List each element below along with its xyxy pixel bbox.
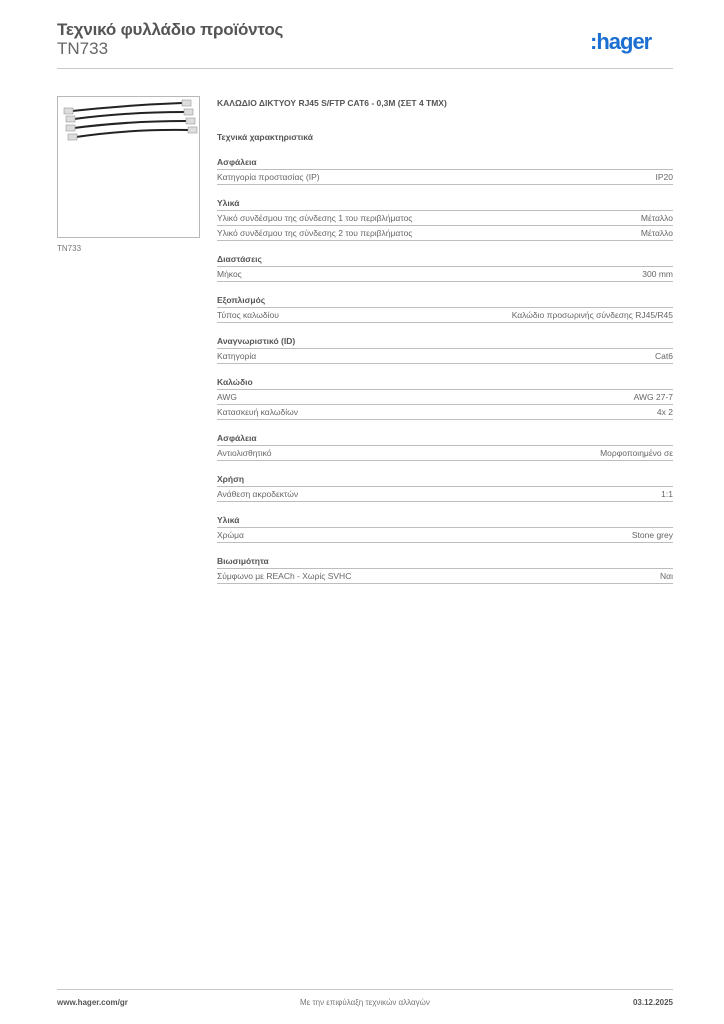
spec-group: ΧρήσηΑνάθεση ακροδεκτών1:1: [217, 473, 673, 502]
product-image: [57, 96, 200, 238]
footer-url[interactable]: www.hager.com/gr: [57, 998, 128, 1007]
spec-group-title: Εξοπλισμός: [217, 294, 673, 308]
spec-label: Κατηγορία προστασίας (IP): [217, 171, 320, 183]
hager-logo: :hager: [590, 29, 651, 55]
document-title: Τεχνικό φυλλάδιο προϊόντος: [57, 20, 283, 40]
spec-label: Κατηγορία: [217, 350, 256, 362]
spec-label: Κατασκευή καλωδίων: [217, 406, 298, 418]
spec-value: Καλώδιο προσωρινής σύνδεσης RJ45/R45: [512, 309, 673, 321]
spec-groups: ΑσφάλειαΚατηγορία προστασίας (IP)IP20Υλι…: [217, 156, 673, 584]
spec-group: ΑσφάλειαΑντιολισθητικόΜορφοποιημένο σε: [217, 432, 673, 461]
spec-group-title: Αναγνωριστικό (ID): [217, 335, 673, 349]
header-divider: [57, 68, 673, 69]
spec-row: ΚατηγορίαCat6: [217, 349, 673, 364]
spec-group-title: Καλώδιο: [217, 376, 673, 390]
footer-note: Με την επιφύλαξη τεχνικών αλλαγών: [300, 998, 430, 1007]
spec-group-title: Υλικά: [217, 197, 673, 211]
patch-cables-icon: [58, 97, 199, 237]
spec-group-title: Υλικά: [217, 514, 673, 528]
spec-row: Τύπος καλωδίουΚαλώδιο προσωρινής σύνδεση…: [217, 308, 673, 323]
footer-date: 03.12.2025: [633, 998, 673, 1007]
spec-content: ΚΑΛΩΔΙΟ ΔΙΚΤΥΟΥ RJ45 S/FTP CAT6 - 0,3M (…: [217, 96, 673, 596]
product-name: ΚΑΛΩΔΙΟ ΔΙΚΤΥΟΥ RJ45 S/FTP CAT6 - 0,3M (…: [217, 96, 673, 110]
spec-label: AWG: [217, 391, 237, 403]
spec-value: 1:1: [661, 488, 673, 500]
spec-label: Αντιολισθητικό: [217, 447, 272, 459]
spec-label: Ανάθεση ακροδεκτών: [217, 488, 298, 500]
spec-group: ΕξοπλισμόςΤύπος καλωδίουΚαλώδιο προσωριν…: [217, 294, 673, 323]
spec-row: Κατηγορία προστασίας (IP)IP20: [217, 170, 673, 185]
spec-label: Μήκος: [217, 268, 242, 280]
spec-row: Σύμφωνο με REACh - Χωρίς SVHCΝαι: [217, 569, 673, 584]
spec-row: Κατασκευή καλωδίων4x 2: [217, 405, 673, 420]
spec-value: Stone grey: [632, 529, 673, 541]
footer-divider: [57, 989, 673, 990]
spec-value: Cat6: [655, 350, 673, 362]
spec-row: ΑντιολισθητικόΜορφοποιημένο σε: [217, 446, 673, 461]
spec-group-title: Χρήση: [217, 473, 673, 487]
spec-label: Υλικό συνδέσμου της σύνδεσης 2 του περιβ…: [217, 227, 412, 239]
spec-row: Μήκος300 mm: [217, 267, 673, 282]
spec-row: Υλικό συνδέσμου της σύνδεσης 2 του περιβ…: [217, 226, 673, 241]
spec-value: 4x 2: [657, 406, 673, 418]
spec-value: 300 mm: [642, 268, 673, 280]
spec-value: AWG 27-7: [634, 391, 673, 403]
image-caption: TN733: [57, 244, 81, 253]
spec-value: Μέταλλο: [641, 227, 673, 239]
product-code: TN733: [57, 39, 108, 59]
spec-group: ΑσφάλειαΚατηγορία προστασίας (IP)IP20: [217, 156, 673, 185]
spec-group: ΥλικάΥλικό συνδέσμου της σύνδεσης 1 του …: [217, 197, 673, 241]
spec-label: Σύμφωνο με REACh - Χωρίς SVHC: [217, 570, 351, 582]
spec-group-title: Ασφάλεια: [217, 156, 673, 170]
spec-label: Χρώμα: [217, 529, 244, 541]
spec-group: Αναγνωριστικό (ID)ΚατηγορίαCat6: [217, 335, 673, 364]
spec-label: Υλικό συνδέσμου της σύνδεσης 1 του περιβ…: [217, 212, 412, 224]
spec-group: ΥλικάΧρώμαStone grey: [217, 514, 673, 543]
spec-group-title: Διαστάσεις: [217, 253, 673, 267]
spec-group: ΚαλώδιοAWGAWG 27-7Κατασκευή καλωδίων4x 2: [217, 376, 673, 420]
section-title: Τεχνικά χαρακτηριστικά: [217, 130, 673, 144]
spec-value: Μορφοποιημένο σε: [600, 447, 673, 459]
spec-value: Ναι: [660, 570, 673, 582]
spec-row: Ανάθεση ακροδεκτών1:1: [217, 487, 673, 502]
spec-row: AWGAWG 27-7: [217, 390, 673, 405]
spec-row: Υλικό συνδέσμου της σύνδεσης 1 του περιβ…: [217, 211, 673, 226]
spec-value: IP20: [656, 171, 674, 183]
spec-group-title: Ασφάλεια: [217, 432, 673, 446]
spec-value: Μέταλλο: [641, 212, 673, 224]
spec-group: ΒιωσιμότηταΣύμφωνο με REACh - Χωρίς SVHC…: [217, 555, 673, 584]
spec-group: ΔιαστάσειςΜήκος300 mm: [217, 253, 673, 282]
spec-label: Τύπος καλωδίου: [217, 309, 279, 321]
spec-group-title: Βιωσιμότητα: [217, 555, 673, 569]
spec-row: ΧρώμαStone grey: [217, 528, 673, 543]
